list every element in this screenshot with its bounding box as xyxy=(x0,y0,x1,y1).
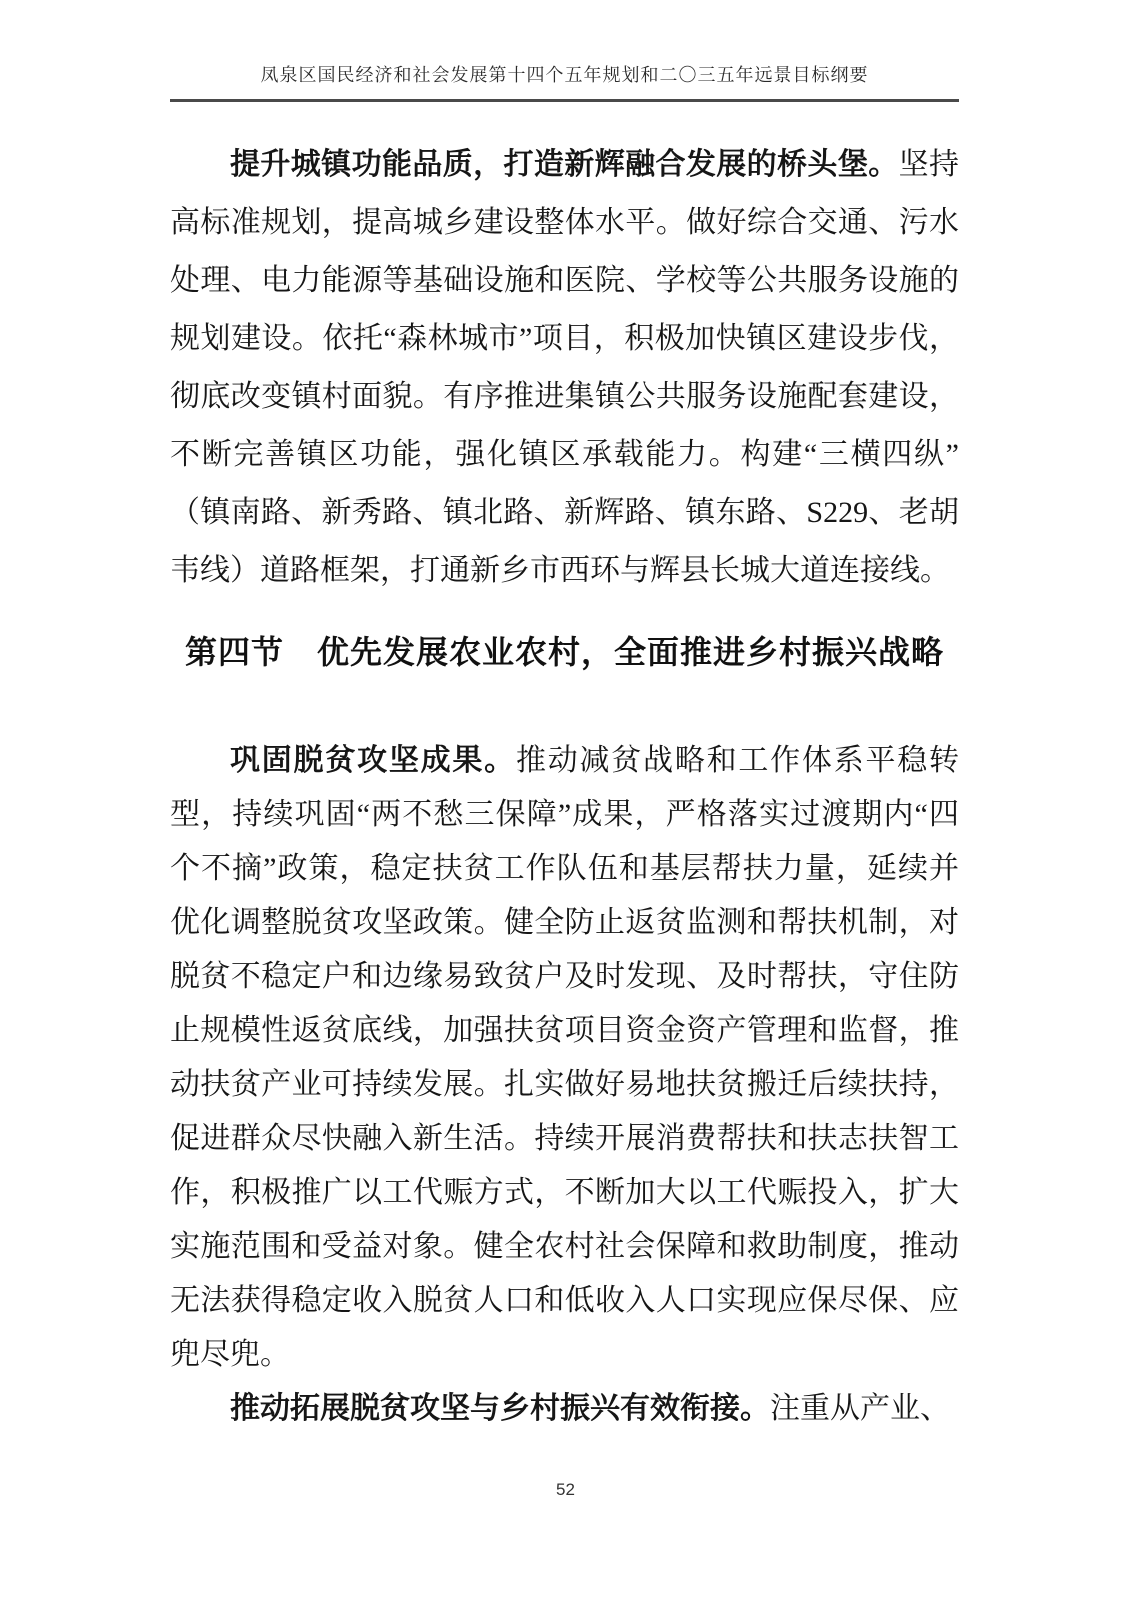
section-heading: 第四节 优先发展农业农村，全面推进乡村振兴战略 xyxy=(170,628,959,676)
header-title: 凤泉区国民经济和社会发展第十四个五年规划和二〇三五年远景目标纲要 xyxy=(170,64,959,86)
paragraph-rural-linkage-lead: 推动拓展脱贫攻坚与乡村振兴有效衔接。 xyxy=(230,1392,770,1425)
document-body: 提升城镇功能品质，打造新辉融合发展的桥头堡。坚持高标准规划，提高城乡建设整体水平… xyxy=(170,136,959,1436)
paragraph-rural-linkage-text: 注重从产业、 xyxy=(770,1392,950,1425)
paragraph-poverty-consolidation-text: 推动减贫战略和工作体系平稳转型，持续巩固“两不愁三保障”成果，严格落实过渡期内“… xyxy=(170,744,959,1371)
document-page: 凤泉区国民经济和社会发展第十四个五年规划和二〇三五年远景目标纲要 提升城镇功能品… xyxy=(0,0,1131,1600)
page-number: 52 xyxy=(556,1480,575,1499)
paragraph-poverty-consolidation-lead: 巩固脱贫攻坚成果。 xyxy=(230,744,516,777)
paragraph-town-quality-text: 坚持高标准规划，提高城乡建设整体水平。做好综合交通、污水处理、电力能源等基础设施… xyxy=(170,148,959,587)
page-footer: 52 xyxy=(0,1480,1131,1500)
paragraph-poverty-consolidation: 巩固脱贫攻坚成果。推动减贫战略和工作体系平稳转型，持续巩固“两不愁三保障”成果，… xyxy=(170,734,959,1382)
paragraph-rural-linkage: 推动拓展脱贫攻坚与乡村振兴有效衔接。注重从产业、 xyxy=(170,1382,959,1436)
paragraph-town-quality-lead: 提升城镇功能品质，打造新辉融合发展的桥头堡。 xyxy=(230,148,899,181)
paragraph-town-quality: 提升城镇功能品质，打造新辉融合发展的桥头堡。坚持高标准规划，提高城乡建设整体水平… xyxy=(170,136,959,600)
running-header: 凤泉区国民经济和社会发展第十四个五年规划和二〇三五年远景目标纲要 xyxy=(170,64,959,102)
